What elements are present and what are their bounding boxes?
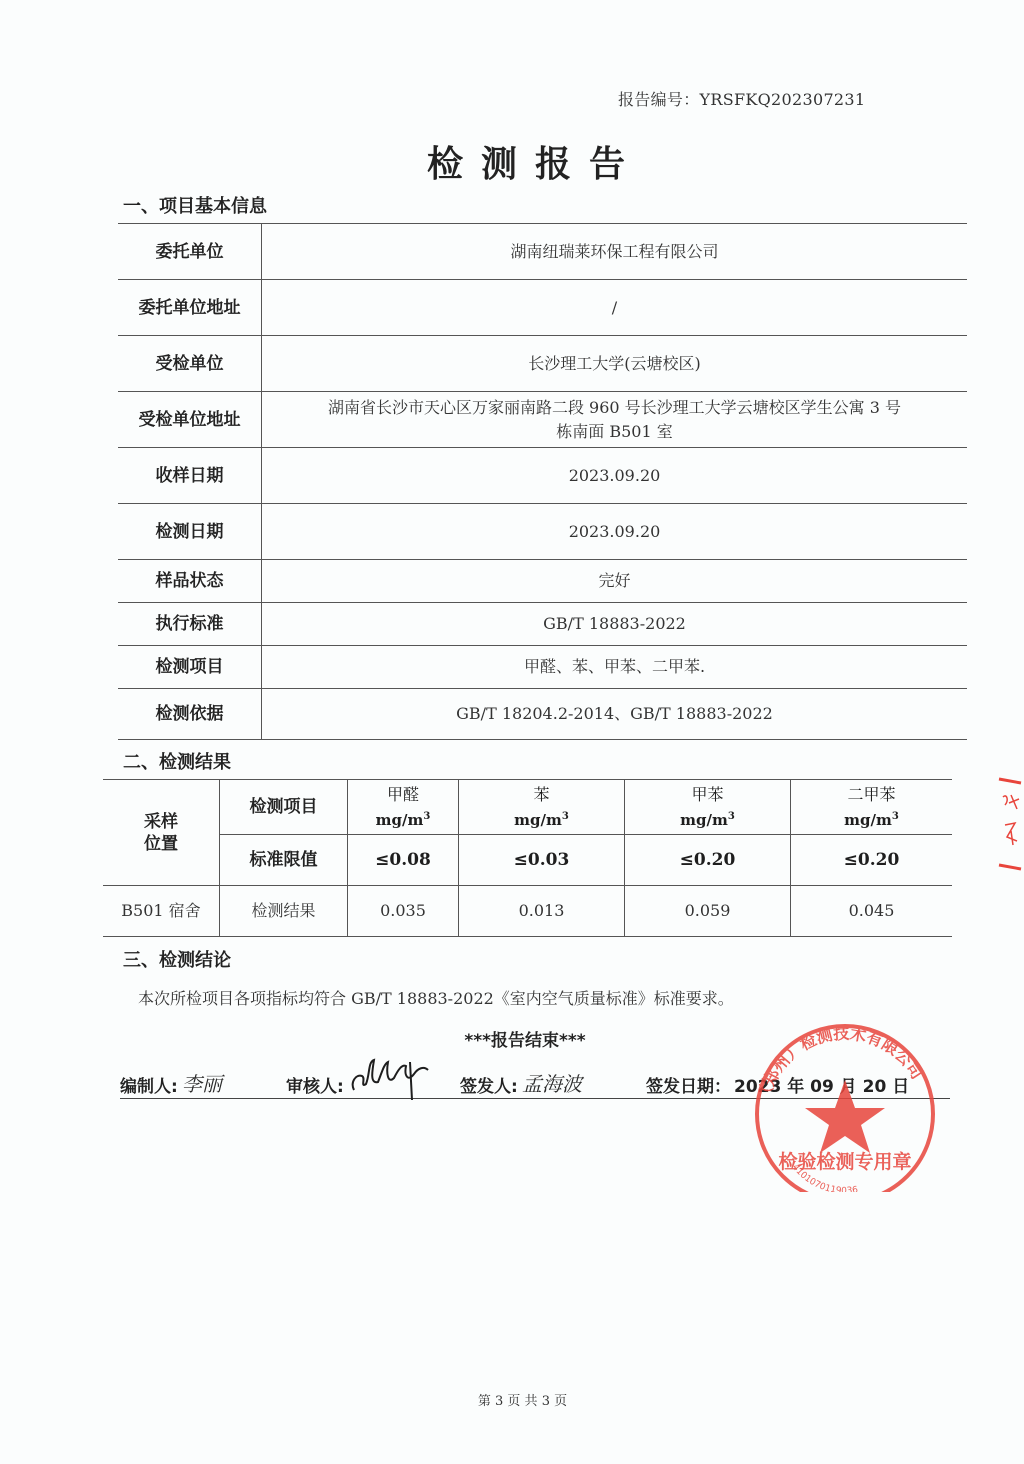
row-label: 检测依据 [118,689,262,740]
pollutant-name: 甲醛 [348,784,458,806]
unit-text: mg/m [844,811,892,829]
report-number: 报告编号：YRSFKQ202307231 [618,87,865,110]
row-label: 检测项目 [118,646,262,689]
issue-date-label: 签发日期： [646,1072,731,1097]
row-label: 受检单位 [118,336,262,392]
conclusion-text: 本次所检项目各项指标均符合 GB/T 18883-2022《室内空气质量标准》标… [138,986,734,1009]
limit-row: 标准限值 ≤0.08 ≤0.03 ≤0.20 ≤0.20 [103,835,952,886]
row-label: 委托单位地址 [118,280,262,336]
table-row: 收样日期 2023.09.20 [118,448,967,504]
report-end-mark: ***报告结束*** [0,1026,1024,1051]
limit-value: ≤0.03 [459,835,625,886]
row-value: GB/T 18204.2-2014、GB/T 18883-2022 [262,689,968,740]
table-row: 检测日期 2023.09.20 [118,504,967,560]
issuer-signature: 孟海波 [522,1068,582,1097]
reviewer-label: 审核人: [286,1072,344,1097]
row-value: 甲醛、苯、甲苯、二甲苯. [262,646,968,689]
result-value: 0.013 [459,886,625,937]
limit-header: 标准限值 [220,835,348,886]
unit-superscript: 3 [562,811,569,822]
issue-date: 2023 年 09 月 20 日 [734,1072,909,1097]
address-line-1: 湖南省长沙市天心区万家丽南路二段 960 号长沙理工大学云塘校区学生公寓 3 号 [262,396,967,420]
pollutant-name: 甲苯 [625,784,790,806]
page-number: 第 3 页 共 3 页 [0,1390,1024,1409]
unit-label: mg/m3 [348,806,458,831]
unit-superscript: 3 [728,811,735,822]
unit-label: mg/m3 [459,806,624,831]
pollutant-header: 二甲苯 mg/m3 [791,780,953,835]
signature-row: 编制人: 李丽 审核人: 签发人: 孟海波 签发日期： 2023 年 09 月 … [120,1068,950,1099]
result-row: B501 宿舍 检测结果 0.035 0.013 0.059 0.045 [103,886,952,937]
pollutant-name: 二甲苯 [791,784,952,806]
reviewer-signature [348,1054,440,1102]
table-header-row: 采样 位置 检测项目 甲醛 mg/m3 苯 mg/m3 甲苯 mg/m3 二甲苯… [103,780,952,835]
unit-superscript: 3 [892,811,899,822]
page-title: 检测报告 [0,136,1024,187]
result-value: 0.045 [791,886,953,937]
location-header-line2: 位置 [103,833,219,855]
svg-text:4101070119036: 4101070119036 [790,1163,859,1192]
seam-seal-icon [995,775,1024,875]
section-results-heading: 二、检测结果 [123,748,231,774]
results-table: 采样 位置 检测项目 甲醛 mg/m3 苯 mg/m3 甲苯 mg/m3 二甲苯… [103,779,952,937]
row-label: 样品状态 [118,560,262,603]
table-row: 检测依据 GB/T 18204.2-2014、GB/T 18883-2022 [118,689,967,740]
table-row: 委托单位地址 / [118,280,967,336]
address-line-2: 栋南面 B501 室 [262,420,967,444]
row-value: / [262,280,968,336]
seal-bottom-text: 检验检测专用章 [778,1150,911,1173]
unit-label: mg/m3 [791,806,952,831]
row-value: 2023.09.20 [262,448,968,504]
item-header: 检测项目 [220,780,348,835]
report-number-value: YRSFKQ202307231 [700,90,866,109]
location-header: 采样 位置 [103,780,220,886]
table-row: 受检单位地址 湖南省长沙市天心区万家丽南路二段 960 号长沙理工大学云塘校区学… [118,392,967,448]
pollutant-header: 甲醛 mg/m3 [348,780,459,835]
pollutant-header: 苯 mg/m3 [459,780,625,835]
table-row: 执行标准 GB/T 18883-2022 [118,603,967,646]
row-label: 检测日期 [118,504,262,560]
row-value: 湖南省长沙市天心区万家丽南路二段 960 号长沙理工大学云塘校区学生公寓 3 号… [262,392,968,448]
result-value: 0.035 [348,886,459,937]
result-header: 检测结果 [220,886,348,937]
unit-superscript: 3 [423,811,430,822]
limit-value: ≤0.20 [791,835,953,886]
row-label: 收样日期 [118,448,262,504]
row-label: 执行标准 [118,603,262,646]
row-label: 受检单位地址 [118,392,262,448]
limit-value: ≤0.20 [625,835,791,886]
unit-text: mg/m [680,811,728,829]
table-row: 受检单位 长沙理工大学(云塘校区) [118,336,967,392]
limit-value: ≤0.08 [348,835,459,886]
table-row: 检测项目 甲醛、苯、甲苯、二甲苯. [118,646,967,689]
compiler-label: 编制人: [120,1072,178,1097]
table-row: 样品状态 完好 [118,560,967,603]
row-value: 长沙理工大学(云塘校区) [262,336,968,392]
row-value: GB/T 18883-2022 [262,603,968,646]
compiler-signature: 李丽 [182,1068,222,1097]
report-number-label: 报告编号： [618,90,700,109]
row-value: 湖南纽瑞莱环保工程有限公司 [262,224,968,280]
table-row: 委托单位 湖南纽瑞莱环保工程有限公司 [118,224,967,280]
result-value: 0.059 [625,886,791,937]
sample-location: B501 宿舍 [103,886,220,937]
seal-number: 4101070119036 [790,1163,859,1192]
unit-text: mg/m [514,811,562,829]
row-value: 2023.09.20 [262,504,968,560]
unit-text: mg/m [376,811,424,829]
unit-label: mg/m3 [625,806,790,831]
section-basic-info-heading: 一、项目基本信息 [123,192,267,218]
issuer-label: 签发人: [460,1072,518,1097]
basic-info-table: 委托单位 湖南纽瑞莱环保工程有限公司 委托单位地址 / 受检单位 长沙理工大学(… [118,223,967,740]
section-conclusion-heading: 三、检测结论 [123,946,231,972]
row-label: 委托单位 [118,224,262,280]
pollutant-header: 甲苯 mg/m3 [625,780,791,835]
row-value: 完好 [262,560,968,603]
location-header-line1: 采样 [103,811,219,833]
pollutant-name: 苯 [459,784,624,806]
